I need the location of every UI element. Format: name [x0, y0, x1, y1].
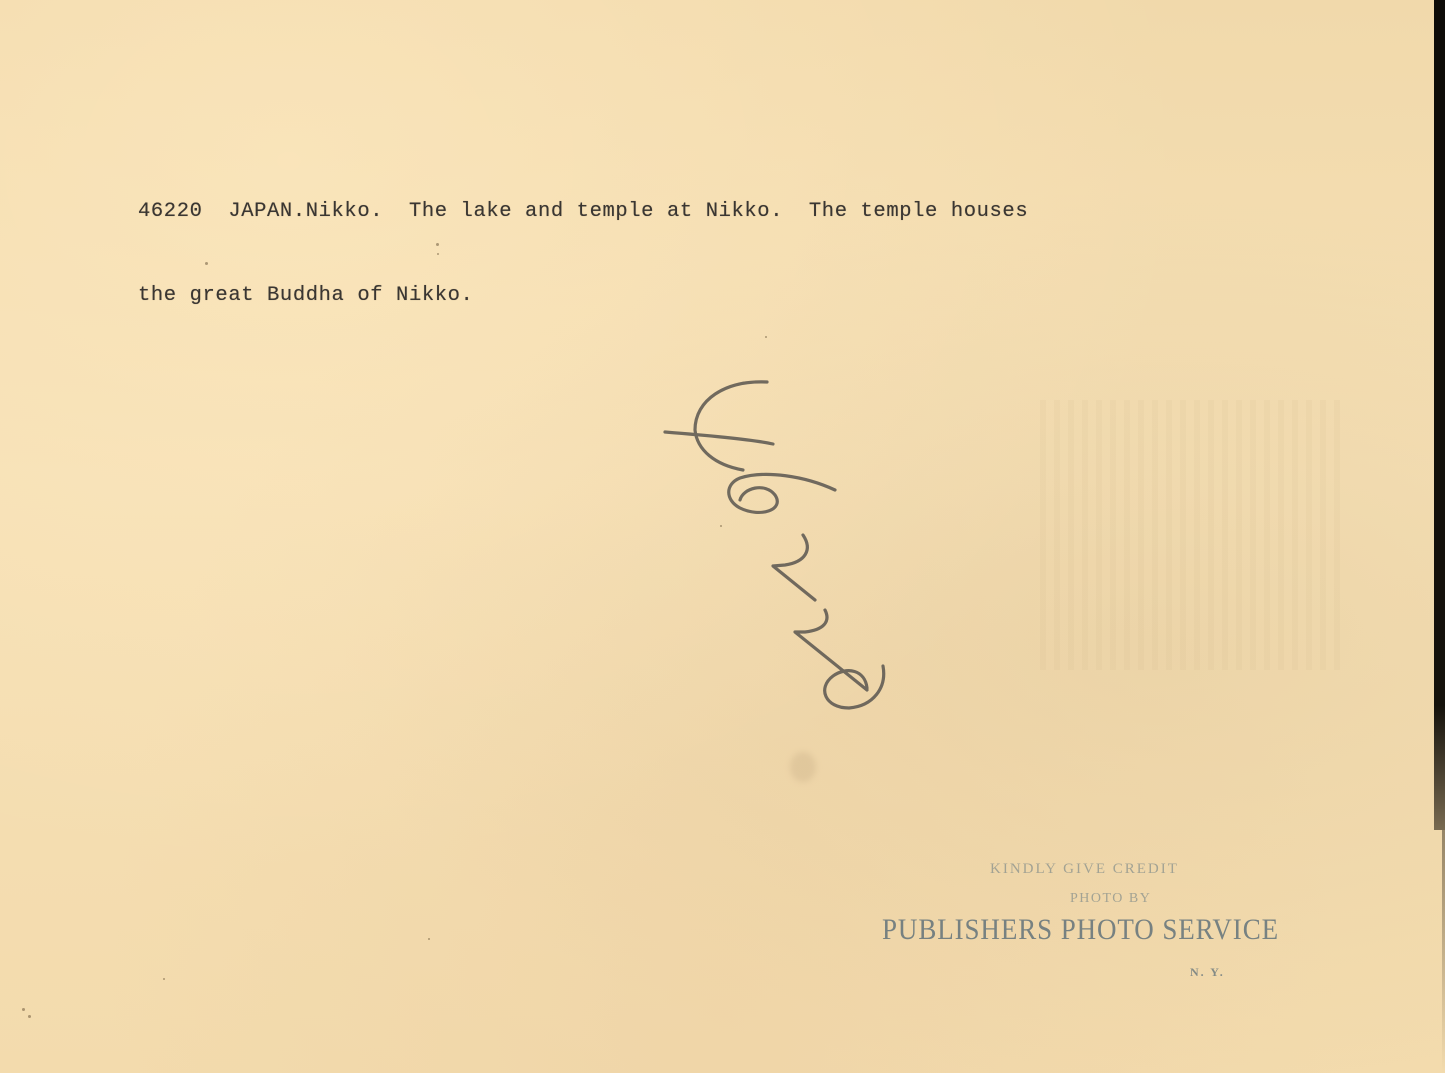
stamp-line-credit: KINDLY GIVE CREDIT: [990, 861, 1240, 878]
paper-speck: [28, 1015, 31, 1018]
paper-speck: [428, 938, 430, 940]
scan-edge-shadow: [1434, 0, 1445, 830]
caption-line-2: the great Buddha of Nikko.: [138, 282, 1028, 310]
paper-speck: [163, 978, 165, 980]
stamp-line-publisher: PUBLISHERS PHOTO SERVICE: [882, 913, 1279, 947]
stamp-line-photo-by: PHOTO BY: [1070, 891, 1151, 907]
stamp-line-city: N. Y.: [1190, 965, 1225, 980]
typed-caption: 46220 JAPAN.Nikko. The lake and temple a…: [138, 142, 1028, 366]
photo-back-card: 46220 JAPAN.Nikko. The lake and temple a…: [0, 0, 1445, 1073]
publisher-credit-stamp: KINDLY GIVE CREDIT PHOTO BY PUBLISHERS P…: [880, 855, 1360, 985]
handwritten-number-46220: [655, 370, 895, 720]
paper-banding-texture: [1040, 400, 1340, 670]
paper-smudge: [790, 752, 816, 782]
caption-line-1: 46220 JAPAN.Nikko. The lake and temple a…: [138, 198, 1028, 226]
paper-speck: [22, 1008, 25, 1011]
